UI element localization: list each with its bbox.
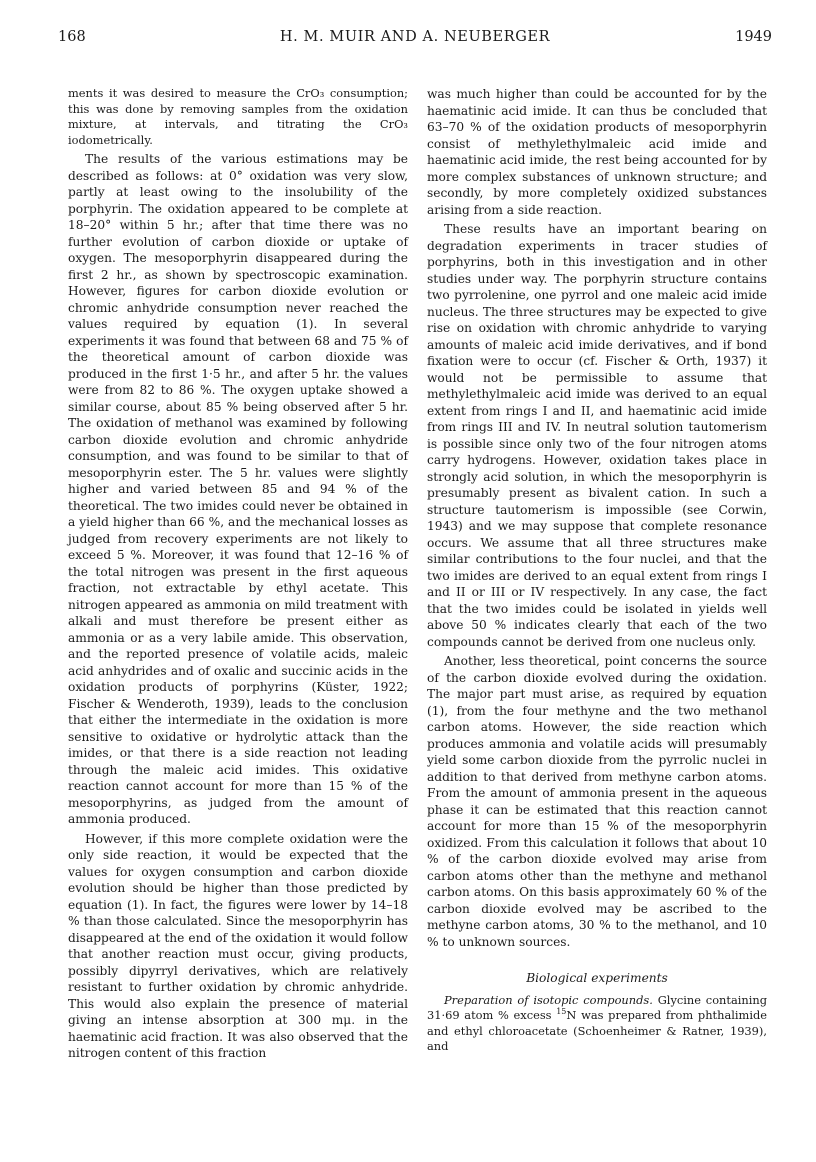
running-title-authors: H. M. MUIR AND A. NEUBERGER [58,29,772,45]
isotope-superscript: 15 [556,1007,566,1016]
run-in-heading: Preparation of isotopic compounds. [444,993,653,1007]
paragraph-isotopic-preparation: Preparation of isotopic compounds. Glyci… [427,993,767,1055]
paragraph-tracer-studies: These results have an important bearing … [427,221,767,650]
publication-year: 1949 [735,29,772,45]
paragraph-side-reaction: However, if this more complete oxidation… [68,831,408,1062]
paragraph-continued: ments it was desired to measure the CrO₃… [68,86,408,148]
right-column: was much higher than could be accounted … [427,86,767,1055]
paragraph-results: The results of the various estimations m… [68,151,408,828]
left-column: ments it was desired to measure the CrO₃… [68,86,408,1062]
section-heading-biological-experiments: Biological experiments [427,970,767,987]
paragraph-carbon-dioxide-source: Another, less theoretical, point concern… [427,653,767,950]
paragraph-conclusion: was much higher than could be accounted … [427,86,767,218]
running-header: 168 H. M. MUIR AND A. NEUBERGER 1949 [58,29,772,47]
